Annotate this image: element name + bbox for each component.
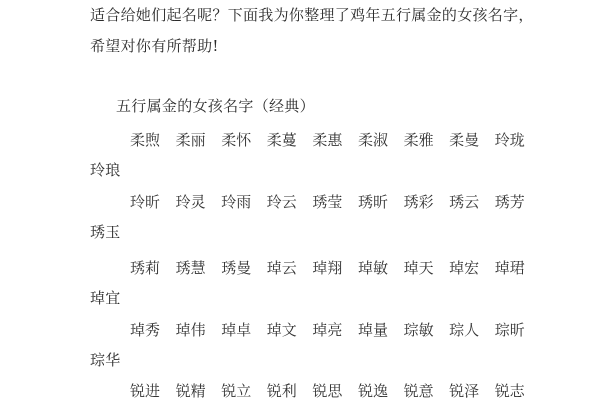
- name-item: 玲昕: [130, 193, 176, 211]
- name-item: 琇云: [449, 193, 495, 211]
- names-row: 锐进 锐精 锐立 锐利 锐思 锐逸 锐意 锐泽 锐志: [130, 382, 540, 400]
- name-item: 琸秀: [130, 321, 176, 339]
- name-item: 琸天: [404, 259, 450, 277]
- intro-line-1: 适合给她们起名呢？下面我为你整理了鸡年五行属金的女孩名字，: [90, 6, 534, 24]
- name-item: 琸翔: [312, 259, 358, 277]
- name-item: 玲珑: [495, 131, 541, 149]
- name-item: 锐精: [176, 382, 222, 400]
- name-item-wrapped: 玲琅: [90, 161, 121, 179]
- name-item: 柔煦: [130, 131, 176, 149]
- name-item-wrapped: 琇玉: [90, 223, 121, 241]
- name-item: 玲灵: [176, 193, 222, 211]
- name-item: 琇昕: [358, 193, 404, 211]
- names-row: 琸秀 琸伟 琸卓 琸文 琸亮 琸量 琮敏 琮人 琮昕: [130, 321, 540, 339]
- name-item: 琸伟: [176, 321, 222, 339]
- name-item: 柔曼: [449, 131, 495, 149]
- intro-line-2: 希望对你有所帮助!: [90, 37, 219, 55]
- name-item: 玲雨: [221, 193, 267, 211]
- name-item: 柔怀: [221, 131, 267, 149]
- name-item: 琇莉: [130, 259, 176, 277]
- name-item: 柔淑: [358, 131, 404, 149]
- name-item: 锐泽: [449, 382, 495, 400]
- section-heading: 五行属金的女孩名字（经典）: [116, 97, 315, 115]
- name-item: 琸珺: [495, 259, 541, 277]
- name-item: 锐立: [221, 382, 267, 400]
- names-row: 柔煦 柔丽 柔怀 柔蔓 柔惠 柔淑 柔雅 柔曼 玲珑: [130, 131, 540, 149]
- name-item: 琸量: [358, 321, 404, 339]
- name-item: 玲云: [267, 193, 313, 211]
- name-item: 琇曼: [221, 259, 267, 277]
- name-item: 锐利: [267, 382, 313, 400]
- name-item: 琮人: [449, 321, 495, 339]
- name-item: 琸卓: [221, 321, 267, 339]
- name-item: 柔蔓: [267, 131, 313, 149]
- name-item: 锐思: [312, 382, 358, 400]
- name-item: 琸宏: [449, 259, 495, 277]
- name-item: 锐意: [404, 382, 450, 400]
- name-item: 琇莹: [312, 193, 358, 211]
- name-item: 琮昕: [495, 321, 541, 339]
- name-item: 锐进: [130, 382, 176, 400]
- name-item: 锐逸: [358, 382, 404, 400]
- name-item: 琇慧: [176, 259, 222, 277]
- names-row: 琇莉 琇慧 琇曼 琸云 琸翔 琸敏 琸天 琸宏 琸珺: [130, 259, 540, 277]
- name-item: 琇芳: [495, 193, 541, 211]
- name-item: 琸敏: [358, 259, 404, 277]
- name-item: 柔丽: [176, 131, 222, 149]
- name-item-wrapped: 琸宜: [90, 289, 121, 307]
- names-row: 玲昕 玲灵 玲雨 玲云 琇莹 琇昕 琇彩 琇云 琇芳: [130, 193, 540, 211]
- name-item: 琸亮: [312, 321, 358, 339]
- name-item-wrapped: 琮华: [90, 351, 121, 369]
- name-item: 琇彩: [404, 193, 450, 211]
- name-item: 琸文: [267, 321, 313, 339]
- name-item: 柔惠: [312, 131, 358, 149]
- name-item: 锐志: [495, 382, 541, 400]
- name-item: 琮敏: [404, 321, 450, 339]
- name-item: 琸云: [267, 259, 313, 277]
- name-item: 柔雅: [404, 131, 450, 149]
